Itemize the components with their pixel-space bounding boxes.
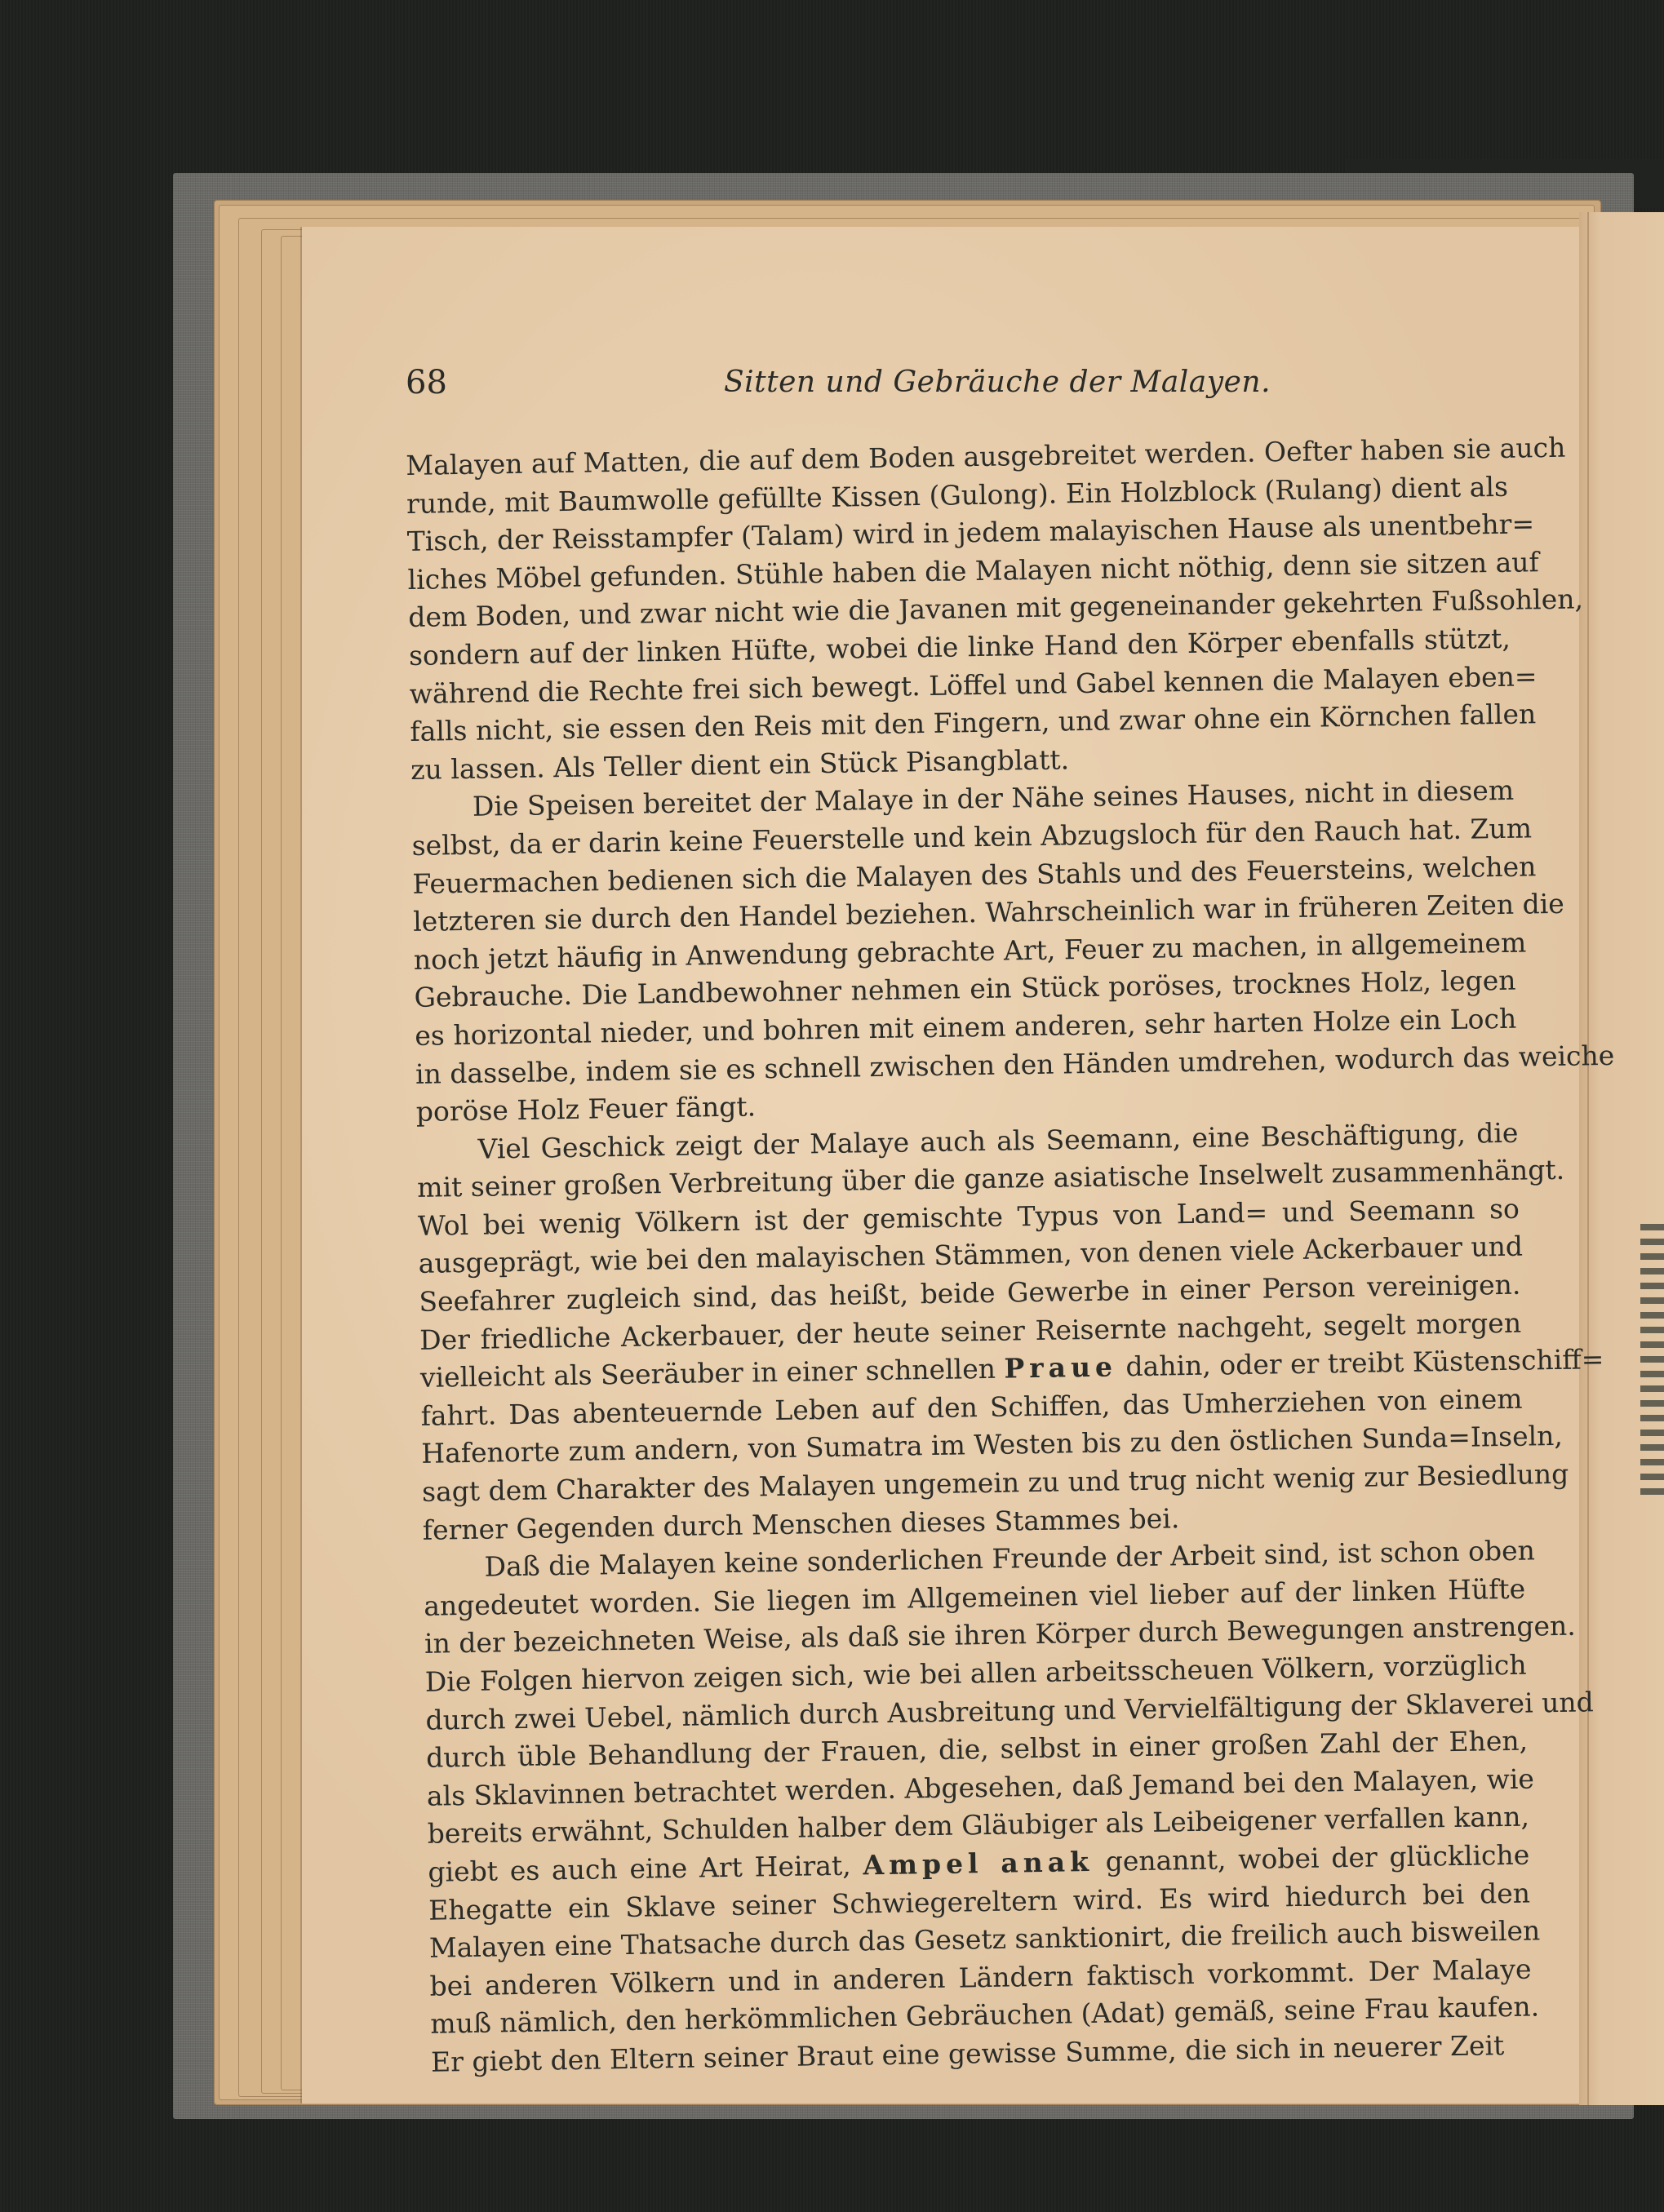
facing-page-gutter xyxy=(1579,212,1664,2105)
body-text: Malayen auf Matten, die auf dem Boden au… xyxy=(406,430,1533,2081)
page-number: 68 xyxy=(406,364,447,401)
running-head: 68 Sitten und Gebräuche der Malayen. xyxy=(406,359,1507,408)
spaced-emphasis: Ampel anak xyxy=(863,1846,1094,1881)
gutter-fold-line xyxy=(1587,212,1589,2105)
facing-page-illustration-edge xyxy=(1640,1224,1664,1501)
chapter-title: Sitten und Gebräuche der Malayen. xyxy=(724,366,1271,399)
spaced-emphasis: Praue xyxy=(1004,1351,1117,1385)
